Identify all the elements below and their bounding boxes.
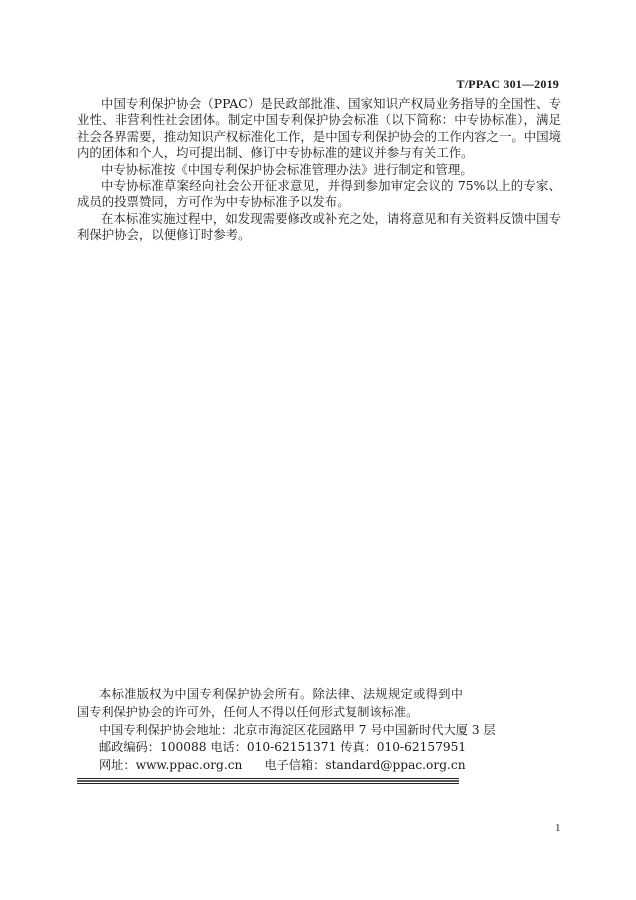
website-label: 网址： <box>99 758 136 772</box>
foreword-paragraph: 中专协标准草案经向社会公开征求意见，并得到参加审定会议的 75%以上的专家、成员… <box>77 178 561 211</box>
contact-line: 邮政编码：100088 电话：010-62151371 传真：010-62157… <box>77 739 463 757</box>
web-line: 网址：www.ppac.org.cn电子信箱：standard@ppac.org… <box>77 757 463 775</box>
copyright-notice: 本标准版权为中国专利保护协会所有。除法律、法规规定或得到中国专利保护协会的许可外… <box>77 686 463 722</box>
email-link[interactable]: standard@ppac.org.cn <box>325 758 465 772</box>
address-line: 中国专利保护协会地址：北京市海淀区花园路甲 7 号中国新时代大厦 3 层 <box>77 722 463 740</box>
postcode-value: 100088 <box>160 740 207 754</box>
email-label: 电子信箱： <box>264 758 325 772</box>
page-number: 1 <box>555 822 561 834</box>
foreword-paragraph: 中专协标准按《中国专利保护协会标准管理办法》进行制定和管理。 <box>77 162 561 178</box>
footer-double-rule <box>77 778 459 784</box>
foreword-paragraph: 中国专利保护协会（PPAC）是民政部批准、国家知识产权局业务指导的全国性、专业性… <box>77 96 561 162</box>
phone-value: 010-62151371 <box>247 740 336 754</box>
foreword-paragraph: 在本标准实施过程中，如发现需要修改或补充之处，请将意见和有关资料反馈中国专利保护… <box>77 211 561 244</box>
postcode-label: 邮政编码： <box>99 740 160 754</box>
phone-label: 电话： <box>210 740 247 754</box>
website-link[interactable]: www.ppac.org.cn <box>136 758 243 772</box>
fax-value: 010-62157951 <box>377 740 466 754</box>
standard-code: T/PPAC 301—2019 <box>457 77 559 92</box>
foreword-body: 中国专利保护协会（PPAC）是民政部批准、国家知识产权局业务指导的全国性、专业性… <box>77 96 561 244</box>
copyright-footer: 本标准版权为中国专利保护协会所有。除法律、法规规定或得到中国专利保护协会的许可外… <box>77 686 463 775</box>
fax-label: 传真： <box>340 740 377 754</box>
